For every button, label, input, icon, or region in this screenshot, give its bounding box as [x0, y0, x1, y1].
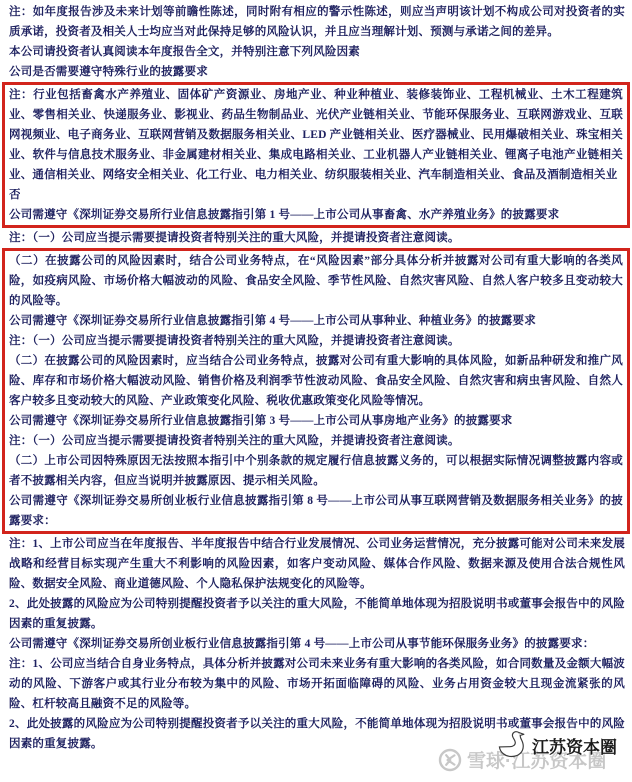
risk-reminder-note: 注：（一）公司应当提示需要提请投资者特别关注的重大风险，并提请投资者注意阅读。 — [9, 331, 623, 351]
major-risk-no-repeat-note: 2、此处披露的风险应为公司特别提醒投资者予以关注的重大风险，不能简单地体现为招股… — [9, 594, 625, 634]
xueqiu-logo-icon — [438, 748, 462, 772]
answer-no: 否 — [9, 185, 623, 205]
guideline-4-chuangyeban-requirement: 公司需遵守《深圳证券交易所创业板行业信息披露指引第 4 号——上市公司从事节能环… — [9, 634, 625, 654]
special-reason-clause: （二）上市公司因特殊原因无法按照本指引中个别条款的规定履行信息披露义务的，可以根… — [9, 451, 623, 491]
read-report-notice: 本公司请投资者认真阅读本年度报告全文，并特别注意下列风险因素 — [9, 42, 625, 62]
aquaculture-risk-detail: （二）在披露公司的风险因素时，结合公司业务特点，在“风险因素”部分具体分析并披露… — [9, 251, 623, 311]
account-watermark: 江苏资本圈 — [496, 730, 617, 760]
guideline-3-requirement: 公司需遵守《深圳证券交易所行业信息披露指引第 3 号——上市公司从事房地产业务》… — [9, 411, 623, 431]
account-watermark-label: 江苏资本圈 — [532, 733, 617, 758]
internet-marketing-risk-note: 注：1、上市公司应当在年度报告、半年度报告中结合行业发展情况、公司业务运营情况，… — [9, 534, 625, 594]
planting-risk-detail: （二）在披露公司的风险因素时，应当结合公司业务特点，披露对公司有重大影响的具体风… — [9, 351, 623, 411]
watermark: 雪球·江苏资本圈 江苏资本圈 — [438, 726, 632, 782]
document-page: 注：如年度报告涉及未来计划等前瞻性陈述，同时附有相应的警示性陈述，则应当声明该计… — [0, 0, 632, 782]
risk-reminder-note: 注：（一）公司应当提示需要提请投资者特别关注的重大风险，并提请投资者注意阅读。 — [9, 431, 623, 451]
energy-saving-risk-note: 注：1、公司应当结合自身业务特点，具体分析并披露对公司未来业务有重大影响的各类风… — [9, 654, 625, 714]
risk-reminder-note: 注：（一）公司应当提示需要提请投资者特别关注的重大风险，并提请投资者注意阅读。 — [9, 228, 625, 248]
guideline-8-requirement: 公司需遵守《深圳证券交易所创业板行业信息披露指引第 8 号——上市公司从事互联网… — [9, 491, 623, 531]
special-industry-question: 公司是否需要遵守特殊行业的披露要求 — [9, 62, 625, 82]
guideline-1-requirement: 公司需遵守《深圳证券交易所行业信息披露指引第 1 号——上市公司从事畜禽、水产养… — [9, 205, 623, 225]
forward-statement-note: 注：如年度报告涉及未来计划等前瞻性陈述，同时附有相应的警示性陈述，则应当声明该计… — [9, 2, 625, 42]
highlight-box-2: （二）在披露公司的风险因素时，结合公司业务特点，在“风险因素”部分具体分析并披露… — [2, 248, 630, 534]
swan-icon — [496, 730, 530, 760]
industry-list-note: 注：行业包括畜禽水产养殖业、固体矿产资源业、房地产业、种业种植业、装修装饰业、工… — [9, 85, 623, 185]
highlight-box-1: 注：行业包括畜禽水产养殖业、固体矿产资源业、房地产业、种业种植业、装修装饰业、工… — [2, 82, 630, 228]
guideline-4-requirement: 公司需遵守《深圳证券交易所行业信息披露指引第 4 号——上市公司从事种业、种植业… — [9, 311, 623, 331]
document-body: 注：如年度报告涉及未来计划等前瞻性陈述，同时附有相应的警示性陈述，则应当声明该计… — [0, 2, 632, 754]
